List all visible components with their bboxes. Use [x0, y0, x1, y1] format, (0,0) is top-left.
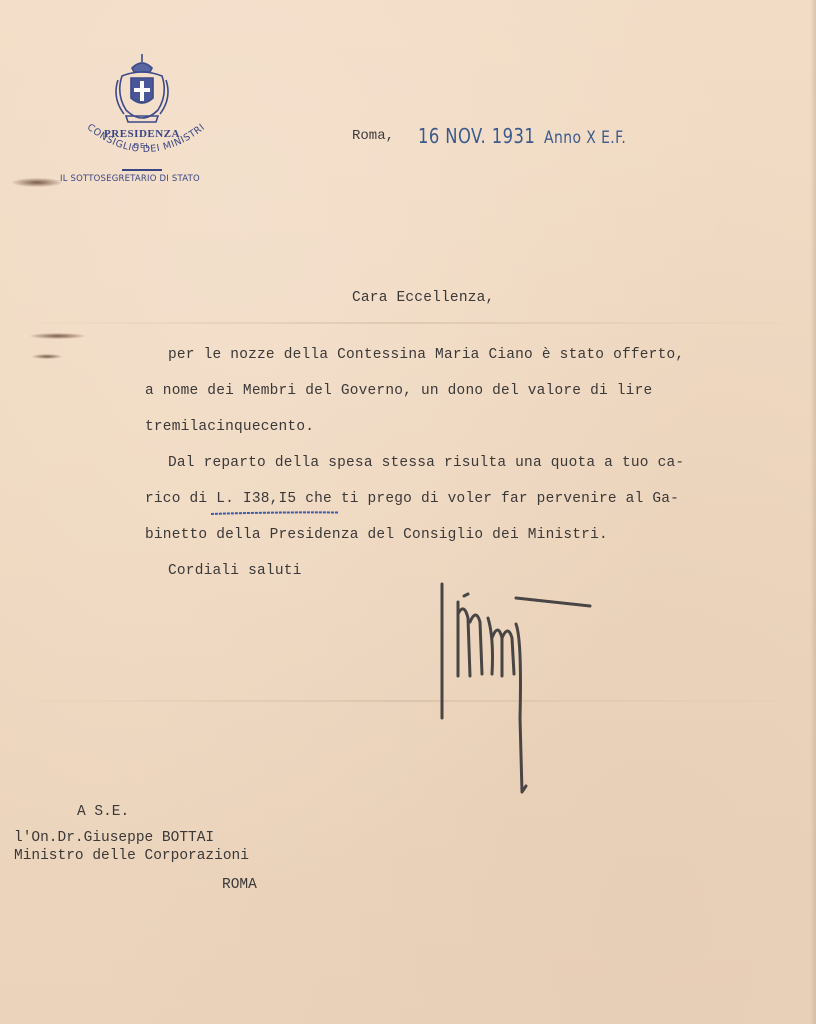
body-line: a nome dei Membri del Governo, un dono d… [145, 383, 652, 399]
handwritten-signature-icon [430, 578, 610, 808]
stamp-date: 16 NOV. 1931 [418, 124, 535, 148]
recipient-city: ROMA [222, 877, 257, 893]
stamp-era: Anno X E.F. [544, 128, 626, 148]
recipient-title: Ministro delle Corporazioni [14, 848, 249, 864]
stain-mark [32, 354, 62, 359]
salutation: Cara Eccellenza, [352, 290, 494, 306]
date-stamp: 16 NOV. 1931 Anno X E.F. [418, 124, 626, 148]
body-line: Dal reparto della spesa stessa risulta u… [168, 455, 684, 471]
body-line: per le nozze della Contessina Maria Cian… [168, 347, 684, 363]
recipient-honorific: A S.E. [77, 804, 129, 820]
letterhead-title: PRESIDENZA [60, 128, 224, 140]
letterhead-office: IL SOTTOSEGRETARIO DI STATO [60, 174, 200, 184]
amount-underline [210, 511, 340, 515]
recipient-name: l'On.Dr.Giuseppe BOTTAI [14, 830, 214, 846]
stain-mark [12, 178, 62, 187]
body-line: binetto della Presidenza del Consiglio d… [145, 527, 608, 543]
dateline-place: Roma, [352, 128, 394, 144]
stain-mark [30, 333, 85, 339]
savoy-crest-icon [112, 54, 172, 126]
body-line: tremilacinquecento. [145, 419, 314, 435]
closing: Cordiali saluti [168, 563, 302, 579]
paper-fold-line [0, 700, 816, 702]
body-line: rico di L. I38,I5 che ti prego di voler … [145, 491, 679, 507]
paper-fold-line [0, 322, 816, 324]
dateline: Roma, 16 NOV. 1931 Anno X E.F. [352, 124, 672, 148]
letterhead-divider [122, 169, 162, 171]
letterhead-del: DEL [60, 142, 224, 150]
letterhead: CONSIGLIO DEI MINISTRI PRESIDENZA DEL IL… [60, 50, 240, 190]
paper-edge [810, 0, 816, 1024]
